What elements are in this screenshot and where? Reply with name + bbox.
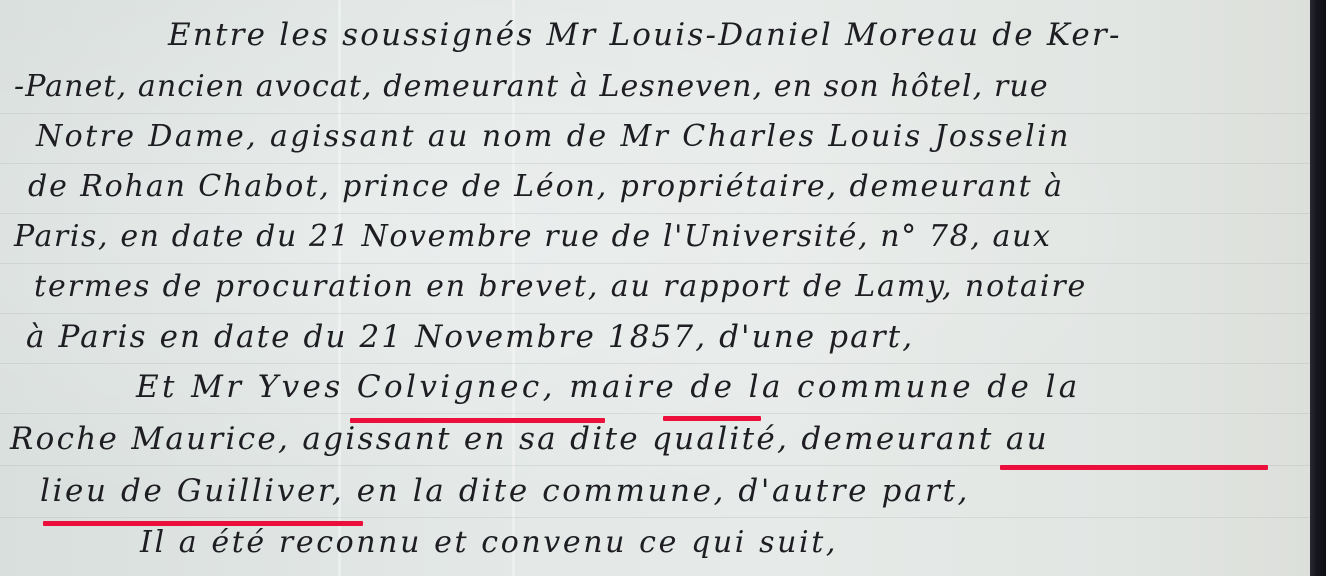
red-underline-yves-colvignec [350, 418, 605, 423]
handwritten-line-5: Paris, en date du 21 Novembre rue de l'U… [14, 222, 1051, 252]
handwritten-line-3: Notre Dame, agissant au nom de Mr Charle… [36, 122, 1071, 152]
handwritten-line-4: de Rohan Chabot, prince de Léon, proprié… [28, 172, 1064, 202]
handwritten-line-7: à Paris en date du 21 Novembre 1857, d'u… [26, 322, 914, 353]
manuscript-page: Entre les soussignés Mr Louis-Daniel Mor… [0, 0, 1310, 576]
handwritten-line-6: termes de procuration en brevet, au rapp… [34, 272, 1087, 302]
ruled-line [0, 363, 1310, 364]
ruled-line [0, 413, 1310, 414]
ruled-line [0, 313, 1310, 314]
scan-edge-border [1310, 0, 1326, 576]
ruled-line [0, 263, 1310, 264]
handwritten-line-11: Il a été reconnu et convenu ce qui suit, [140, 528, 838, 558]
ruled-line [0, 213, 1310, 214]
handwritten-line-10: lieu de Guilliver, en la dite commune, d… [40, 476, 970, 507]
ruled-line [0, 163, 1310, 164]
handwritten-line-8: Et Mr Yves Colvignec, maire de la commun… [136, 372, 1081, 403]
handwritten-line-1: Entre les soussignés Mr Louis-Daniel Mor… [168, 20, 1122, 51]
ruled-line [0, 113, 1310, 114]
red-underline-lieu-de-guilliver [43, 521, 363, 526]
handwritten-line-9: Roche Maurice, agissant en sa dite quali… [10, 424, 1049, 455]
red-underline-maire [663, 416, 761, 421]
ruled-line [0, 517, 1310, 518]
handwritten-line-2: -Panet, ancien avocat, demeurant à Lesne… [14, 72, 1049, 102]
red-underline-demeurant-au [1000, 465, 1268, 470]
